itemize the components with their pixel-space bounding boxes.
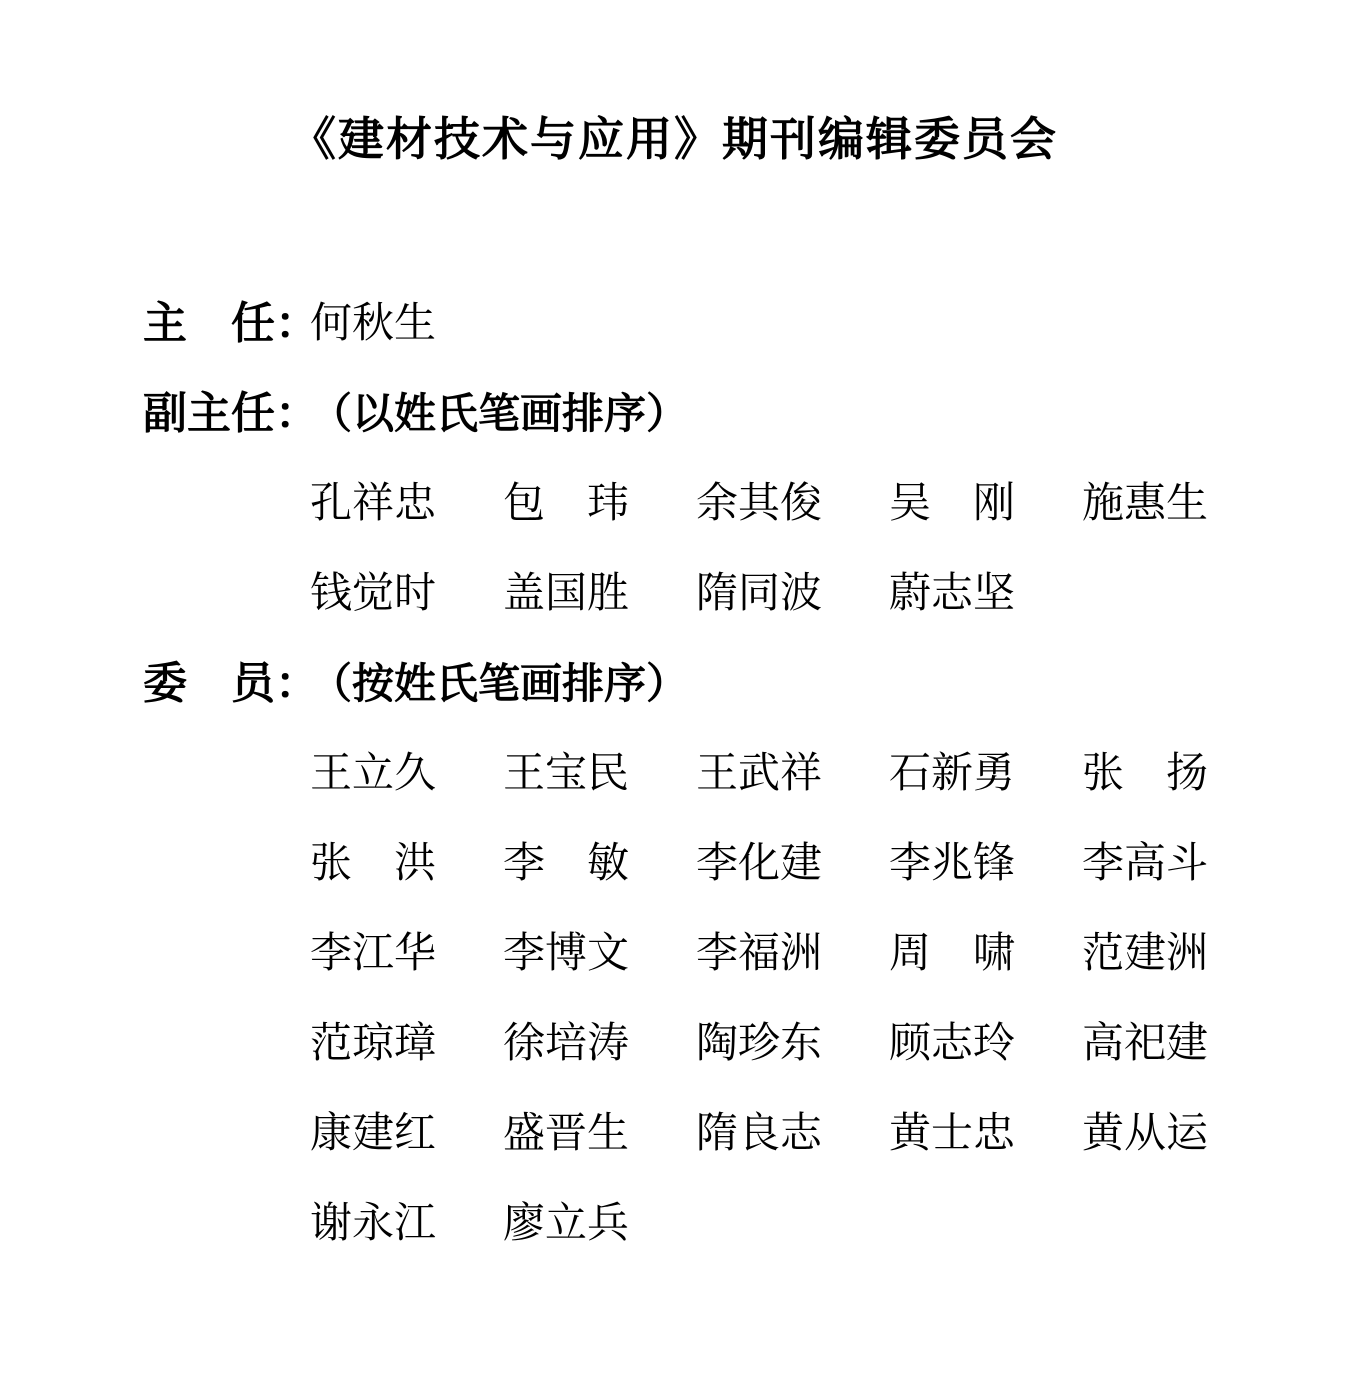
name-cell: 李江华 [310, 926, 503, 982]
name-cell: 康建红 [310, 1106, 503, 1162]
name-cell: 张 洪 [310, 836, 503, 892]
name-cell: 施惠生 [1082, 476, 1208, 532]
name-cell: 王立久 [310, 746, 503, 802]
name-cell: 李高斗 [1082, 836, 1208, 892]
name-cell: 范琼璋 [310, 1016, 503, 1072]
name-cell: 李博文 [503, 926, 696, 982]
name-cell: 李 敏 [503, 836, 696, 892]
deputy-name-row: 钱觉时盖国胜隋同波蔚志坚 [310, 566, 1015, 622]
director-name: 何秋生 [310, 296, 436, 352]
members-sort-note: （按姓氏笔画排序） [310, 656, 688, 712]
name-cell: 王宝民 [503, 746, 696, 802]
member-name-row: 张 洪李 敏李化建李兆锋李高斗 [310, 836, 1208, 892]
member-name-row: 康建红盛晋生隋良志黄士忠黄从运 [310, 1106, 1208, 1162]
name-cell: 李兆锋 [889, 836, 1082, 892]
name-cell: 范建洲 [1082, 926, 1208, 982]
name-cell: 廖立兵 [503, 1196, 629, 1252]
name-cell: 黄士忠 [889, 1106, 1082, 1162]
name-cell: 周 啸 [889, 926, 1082, 982]
name-cell: 隋同波 [696, 566, 889, 622]
name-cell: 蔚志坚 [889, 566, 1015, 622]
name-cell: 石新勇 [889, 746, 1082, 802]
document-page: 《建材技术与应用》期刊编辑委员会 主 任： 何秋生 副主任： （以姓氏笔画排序）… [0, 0, 1348, 1377]
name-cell: 王武祥 [696, 746, 889, 802]
name-cell: 盛晋生 [503, 1106, 696, 1162]
name-cell: 钱觉时 [310, 566, 503, 622]
deputy-name-row: 孔祥忠包 玮余其俊吴 刚施惠生 [310, 476, 1208, 532]
name-cell: 顾志玲 [889, 1016, 1082, 1072]
name-cell: 高祀建 [1082, 1016, 1208, 1072]
deputy-sort-note: （以姓氏笔画排序） [310, 386, 688, 442]
members-label: 委 员： [143, 656, 319, 712]
member-name-row: 谢永江廖立兵 [310, 1196, 629, 1252]
name-cell: 李福洲 [696, 926, 889, 982]
member-name-row: 范琼璋徐培涛陶珍东顾志玲高祀建 [310, 1016, 1208, 1072]
name-cell: 张 扬 [1082, 746, 1208, 802]
director-label: 主 任： [143, 296, 319, 352]
member-name-row: 王立久王宝民王武祥石新勇张 扬 [310, 746, 1208, 802]
name-cell: 余其俊 [696, 476, 889, 532]
name-cell: 吴 刚 [889, 476, 1082, 532]
name-cell: 黄从运 [1082, 1106, 1208, 1162]
name-cell: 李化建 [696, 836, 889, 892]
name-cell: 徐培涛 [503, 1016, 696, 1072]
member-name-row: 李江华李博文李福洲周 啸范建洲 [310, 926, 1208, 982]
name-cell: 陶珍东 [696, 1016, 889, 1072]
name-cell: 包 玮 [503, 476, 696, 532]
deputy-label: 副主任： [143, 386, 319, 442]
name-cell: 孔祥忠 [310, 476, 503, 532]
name-cell: 谢永江 [310, 1196, 503, 1252]
name-cell: 隋良志 [696, 1106, 889, 1162]
page-title: 《建材技术与应用》期刊编辑委员会 [0, 104, 1348, 174]
name-cell: 盖国胜 [503, 566, 696, 622]
